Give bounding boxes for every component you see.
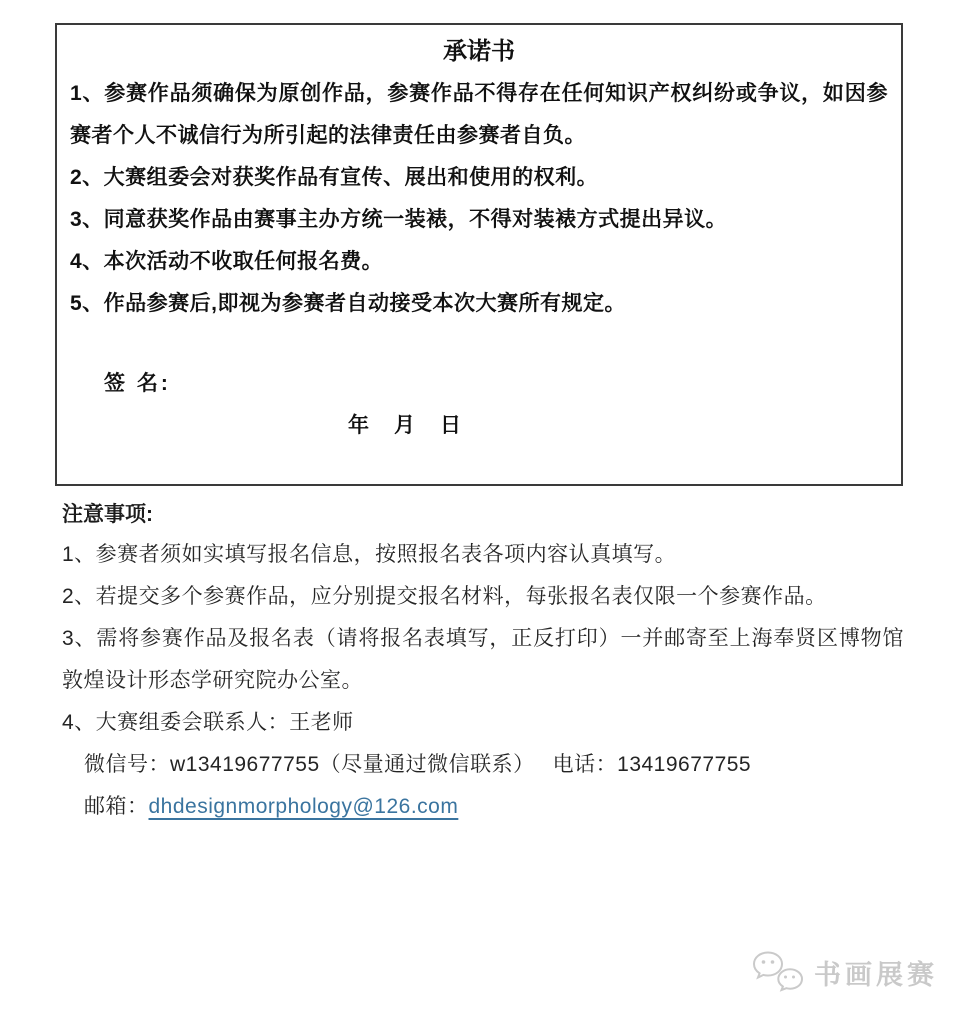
wechat-label: 微信号： — [84, 753, 170, 776]
wechat-value: w13419677755（尽量通过微信联系） — [170, 753, 535, 776]
pledge-item-4: 4、本次活动不收取任何报名费。 — [70, 241, 888, 283]
email-link[interactable]: dhdesignmorphology@126.com — [149, 795, 459, 818]
pledge-item-2: 2、大赛组委会对获奖作品有宣传、展出和使用的权利。 — [70, 157, 888, 199]
pledge-item-1: 1、参赛作品须确保为原创作品，参赛作品不得存在任何知识产权纠纷或争议，如因参赛者… — [70, 73, 888, 157]
phone-label: 电话： — [553, 753, 618, 776]
watermark: 书画展赛 — [752, 950, 938, 994]
contact-email-line: 邮箱：dhdesignmorphology@126.com — [62, 786, 904, 828]
note-item-4: 4、大赛组委会联系人：王老师 — [62, 702, 904, 744]
note-item-1: 1、参赛者须如实填写报名信息，按照报名表各项内容认真填写。 — [62, 534, 904, 576]
note-item-3: 3、需将参赛作品及报名表（请将报名表填写，正反打印）一并邮寄至上海奉贤区博物馆敦… — [62, 618, 904, 702]
watermark-label: 书画展赛 — [814, 953, 938, 992]
notes-section: 注意事项: 1、参赛者须如实填写报名信息，按照报名表各项内容认真填写。 2、若提… — [62, 496, 904, 828]
date-label: 年 月 日 — [70, 405, 888, 447]
email-label: 邮箱： — [84, 795, 149, 818]
phone-value: 13419677755 — [617, 753, 751, 776]
contact-wechat-line: 微信号：w13419677755（尽量通过微信联系）电话：13419677755 — [62, 744, 904, 786]
note-item-2: 2、若提交多个参赛作品，应分别提交报名材料，每张报名表仅限一个参赛作品。 — [62, 576, 904, 618]
pledge-item-3: 3、同意获奖作品由赛事主办方统一装裱，不得对装裱方式提出异议。 — [70, 199, 888, 241]
signature-label: 签 名: — [70, 363, 888, 405]
pledge-box: 承诺书 1、参赛作品须确保为原创作品，参赛作品不得存在任何知识产权纠纷或争议，如… — [55, 23, 903, 486]
pledge-title: 承诺书 — [70, 35, 888, 69]
pledge-item-5: 5、作品参赛后,即视为参赛者自动接受本次大赛所有规定。 — [70, 283, 888, 325]
wechat-icon — [752, 950, 804, 994]
notes-heading: 注意事项: — [62, 496, 904, 534]
